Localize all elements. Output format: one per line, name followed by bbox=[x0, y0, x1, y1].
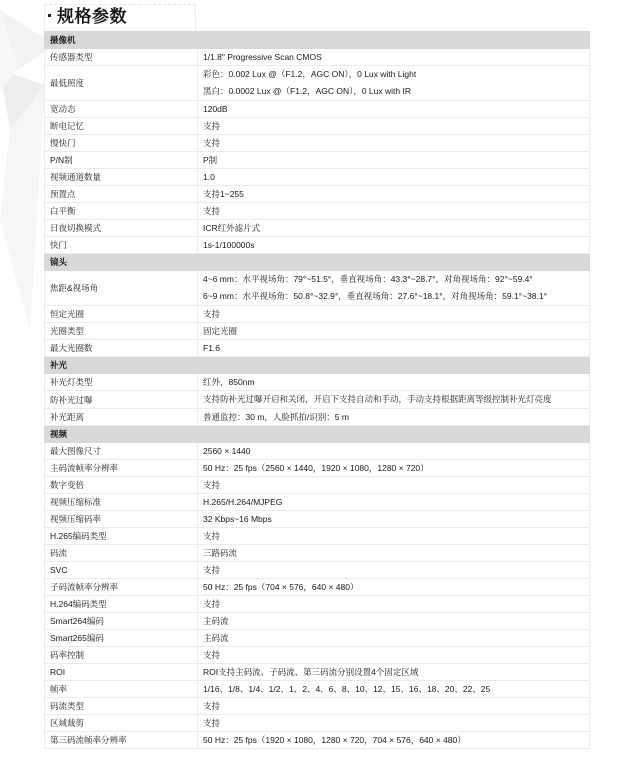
spec-row: H.264编码类型支持 bbox=[45, 596, 590, 613]
bullet-icon bbox=[48, 14, 51, 17]
page-title: 规格参数 bbox=[48, 6, 127, 28]
spec-value: 支持防补光过曝开启和关闭，开启下支持自动和手动，手动支持根据距离等级控制补光灯亮… bbox=[198, 391, 590, 409]
spec-row: 主码流帧率分辨率50 Hz：25 fps（2560 × 1440，1920 × … bbox=[45, 460, 590, 477]
spec-value: 支持 bbox=[198, 203, 590, 220]
spec-row: 帧率1/16、1/8、1/4、1/2、1、2、4、6、8、10、12、15、16… bbox=[45, 681, 590, 698]
spec-value: 120dB bbox=[198, 101, 590, 118]
spec-label: 第三码流帧率分辨率 bbox=[45, 732, 198, 749]
spec-label: 补光灯类型 bbox=[45, 374, 198, 391]
spec-value: 支持 bbox=[198, 306, 590, 323]
spec-value: 支持1~255 bbox=[198, 186, 590, 203]
spec-label: H.264编码类型 bbox=[45, 596, 198, 613]
spec-row: 码流三路码流 bbox=[45, 545, 590, 562]
spec-value-line: 4~6 mm：水平视场角：79°~51.5°，垂直视场角：43.3°~28.7°… bbox=[203, 271, 589, 288]
spec-label: 区域裁剪 bbox=[45, 715, 198, 732]
spec-label: 最大图像尺寸 bbox=[45, 443, 198, 460]
spec-row: H.265编码类型支持 bbox=[45, 528, 590, 545]
spec-label: 白平衡 bbox=[45, 203, 198, 220]
spec-row: 码率控制支持 bbox=[45, 647, 590, 664]
spec-label: 补光距离 bbox=[45, 409, 198, 426]
spec-row: 恒定光圈支持 bbox=[45, 306, 590, 323]
spec-row: 区域裁剪支持 bbox=[45, 715, 590, 732]
spec-value: 彩色：0.002 Lux @（F1.2，AGC ON），0 Lux with L… bbox=[198, 66, 590, 101]
spec-value: 支持 bbox=[198, 698, 590, 715]
spec-label: 断电记忆 bbox=[45, 118, 198, 135]
spec-row: 光圈类型固定光圈 bbox=[45, 323, 590, 340]
spec-label: 视频压缩码率 bbox=[45, 511, 198, 528]
spec-row: 宽动态120dB bbox=[45, 101, 590, 118]
spec-label: 视频压缩标准 bbox=[45, 494, 198, 511]
spec-label: 子码流帧率分辨率 bbox=[45, 579, 198, 596]
spec-label: ROI bbox=[45, 664, 198, 681]
section-title: 镜头 bbox=[45, 254, 590, 271]
spec-row: 第三码流帧率分辨率50 Hz：25 fps（1920 × 1080，1280 ×… bbox=[45, 732, 590, 749]
spec-value: 普通监控：30 m，人脸抓拍/识别：5 m bbox=[198, 409, 590, 426]
spec-label: P/N制 bbox=[45, 152, 198, 169]
section-title: 补光 bbox=[45, 357, 590, 374]
spec-label: 传感器类型 bbox=[45, 49, 198, 66]
spec-row: 码流类型支持 bbox=[45, 698, 590, 715]
spec-value: 支持 bbox=[198, 135, 590, 152]
spec-value: 32 Kbps~16 Mbps bbox=[198, 511, 590, 528]
spec-value: H.265/H.264/MJPEG bbox=[198, 494, 590, 511]
spec-table: 摄像机传感器类型1/1.8" Progressive Scan CMOS最低照度… bbox=[44, 31, 590, 749]
spec-value: ICR红外滤片式 bbox=[198, 220, 590, 237]
section-header: 补光 bbox=[45, 357, 590, 374]
spec-row: 防补光过曝支持防补光过曝开启和关闭，开启下支持自动和手动，手动支持根据距离等级控… bbox=[45, 391, 590, 409]
spec-value: 支持 bbox=[198, 715, 590, 732]
spec-row: SVC支持 bbox=[45, 562, 590, 579]
spec-row: Smart264编码主码流 bbox=[45, 613, 590, 630]
spec-value: 50 Hz：25 fps（1920 × 1080，1280 × 720，704 … bbox=[198, 732, 590, 749]
spec-label: Smart265编码 bbox=[45, 630, 198, 647]
spec-row: 数字变倍支持 bbox=[45, 477, 590, 494]
section-title: 摄像机 bbox=[45, 32, 590, 49]
spec-value: 1/1.8" Progressive Scan CMOS bbox=[198, 49, 590, 66]
spec-label: 快门 bbox=[45, 237, 198, 254]
spec-row: 视频通道数量1.0 bbox=[45, 169, 590, 186]
spec-label: 码流类型 bbox=[45, 698, 198, 715]
spec-value: 支持 bbox=[198, 477, 590, 494]
spec-label: 最低照度 bbox=[45, 66, 198, 101]
spec-row: 视频压缩码率32 Kbps~16 Mbps bbox=[45, 511, 590, 528]
spec-label: 主码流帧率分辨率 bbox=[45, 460, 198, 477]
spec-value: 1.0 bbox=[198, 169, 590, 186]
section-header: 摄像机 bbox=[45, 32, 590, 49]
spec-row: 最大图像尺寸2560 × 1440 bbox=[45, 443, 590, 460]
spec-value: 1/16、1/8、1/4、1/2、1、2、4、6、8、10、12、15、16、1… bbox=[198, 681, 590, 698]
spec-label: 码率控制 bbox=[45, 647, 198, 664]
spec-label: 视频通道数量 bbox=[45, 169, 198, 186]
spec-label: 预置点 bbox=[45, 186, 198, 203]
spec-value: 主码流 bbox=[198, 613, 590, 630]
spec-row: 子码流帧率分辨率50 Hz：25 fps（704 × 576，640 × 480… bbox=[45, 579, 590, 596]
spec-row: 断电记忆支持 bbox=[45, 118, 590, 135]
spec-label: 码流 bbox=[45, 545, 198, 562]
spec-row: 白平衡支持 bbox=[45, 203, 590, 220]
spec-value: 4~6 mm：水平视场角：79°~51.5°，垂直视场角：43.3°~28.7°… bbox=[198, 271, 590, 306]
spec-label: 防补光过曝 bbox=[45, 391, 198, 409]
spec-label: 宽动态 bbox=[45, 101, 198, 118]
spec-row: 最低照度彩色：0.002 Lux @（F1.2，AGC ON），0 Lux wi… bbox=[45, 66, 590, 101]
spec-value: 支持 bbox=[198, 528, 590, 545]
spec-value: 支持 bbox=[198, 596, 590, 613]
spec-value: 支持 bbox=[198, 118, 590, 135]
spec-value: 红外，850nm bbox=[198, 374, 590, 391]
spec-row: 补光距离普通监控：30 m，人脸抓拍/识别：5 m bbox=[45, 409, 590, 426]
spec-value: ROI支持主码流、子码流、第三码流分别设置4个固定区域 bbox=[198, 664, 590, 681]
spec-value: 三路码流 bbox=[198, 545, 590, 562]
spec-label: 焦距&视场角 bbox=[45, 271, 198, 306]
spec-label: 帧率 bbox=[45, 681, 198, 698]
spec-row: 传感器类型1/1.8" Progressive Scan CMOS bbox=[45, 49, 590, 66]
spec-value: P制 bbox=[198, 152, 590, 169]
spec-row: 快门1s-1/100000s bbox=[45, 237, 590, 254]
spec-row: 日夜切换模式ICR红外滤片式 bbox=[45, 220, 590, 237]
spec-value: 50 Hz：25 fps（2560 × 1440，1920 × 1080，128… bbox=[198, 460, 590, 477]
spec-value: 支持 bbox=[198, 647, 590, 664]
section-header: 视频 bbox=[45, 426, 590, 443]
spec-value: 支持 bbox=[198, 562, 590, 579]
spec-value-line: 6~9 mm：水平视场角：50.8°~32.9°，垂直视场角：27.6°~18.… bbox=[203, 288, 589, 305]
spec-value-line: 彩色：0.002 Lux @（F1.2，AGC ON），0 Lux with L… bbox=[203, 66, 589, 83]
spec-row: 慢快门支持 bbox=[45, 135, 590, 152]
spec-label: Smart264编码 bbox=[45, 613, 198, 630]
spec-value-line: 黑白：0.0002 Lux @（F1.2，AGC ON），0 Lux with … bbox=[203, 83, 589, 100]
spec-label: 光圈类型 bbox=[45, 323, 198, 340]
spec-label: 恒定光圈 bbox=[45, 306, 198, 323]
spec-value: F1.6 bbox=[198, 340, 590, 357]
spec-row: 预置点支持1~255 bbox=[45, 186, 590, 203]
spec-row: P/N制P制 bbox=[45, 152, 590, 169]
spec-label: 最大光圈数 bbox=[45, 340, 198, 357]
spec-label: SVC bbox=[45, 562, 198, 579]
spec-value: 2560 × 1440 bbox=[198, 443, 590, 460]
spec-row: 视频压缩标准H.265/H.264/MJPEG bbox=[45, 494, 590, 511]
page-title-text: 规格参数 bbox=[57, 7, 127, 26]
section-title: 视频 bbox=[45, 426, 590, 443]
spec-row: 焦距&视场角4~6 mm：水平视场角：79°~51.5°，垂直视场角：43.3°… bbox=[45, 271, 590, 306]
section-header: 镜头 bbox=[45, 254, 590, 271]
spec-row: Smart265编码主码流 bbox=[45, 630, 590, 647]
spec-value: 固定光圈 bbox=[198, 323, 590, 340]
spec-label: H.265编码类型 bbox=[45, 528, 198, 545]
spec-row: ROIROI支持主码流、子码流、第三码流分别设置4个固定区域 bbox=[45, 664, 590, 681]
spec-value: 50 Hz：25 fps（704 × 576，640 × 480） bbox=[198, 579, 590, 596]
spec-label: 慢快门 bbox=[45, 135, 198, 152]
spec-row: 补光灯类型红外，850nm bbox=[45, 374, 590, 391]
spec-table-body: 摄像机传感器类型1/1.8" Progressive Scan CMOS最低照度… bbox=[45, 32, 590, 749]
spec-row: 最大光圈数F1.6 bbox=[45, 340, 590, 357]
spec-label: 日夜切换模式 bbox=[45, 220, 198, 237]
spec-label: 数字变倍 bbox=[45, 477, 198, 494]
spec-value: 1s-1/100000s bbox=[198, 237, 590, 254]
spec-value: 主码流 bbox=[198, 630, 590, 647]
